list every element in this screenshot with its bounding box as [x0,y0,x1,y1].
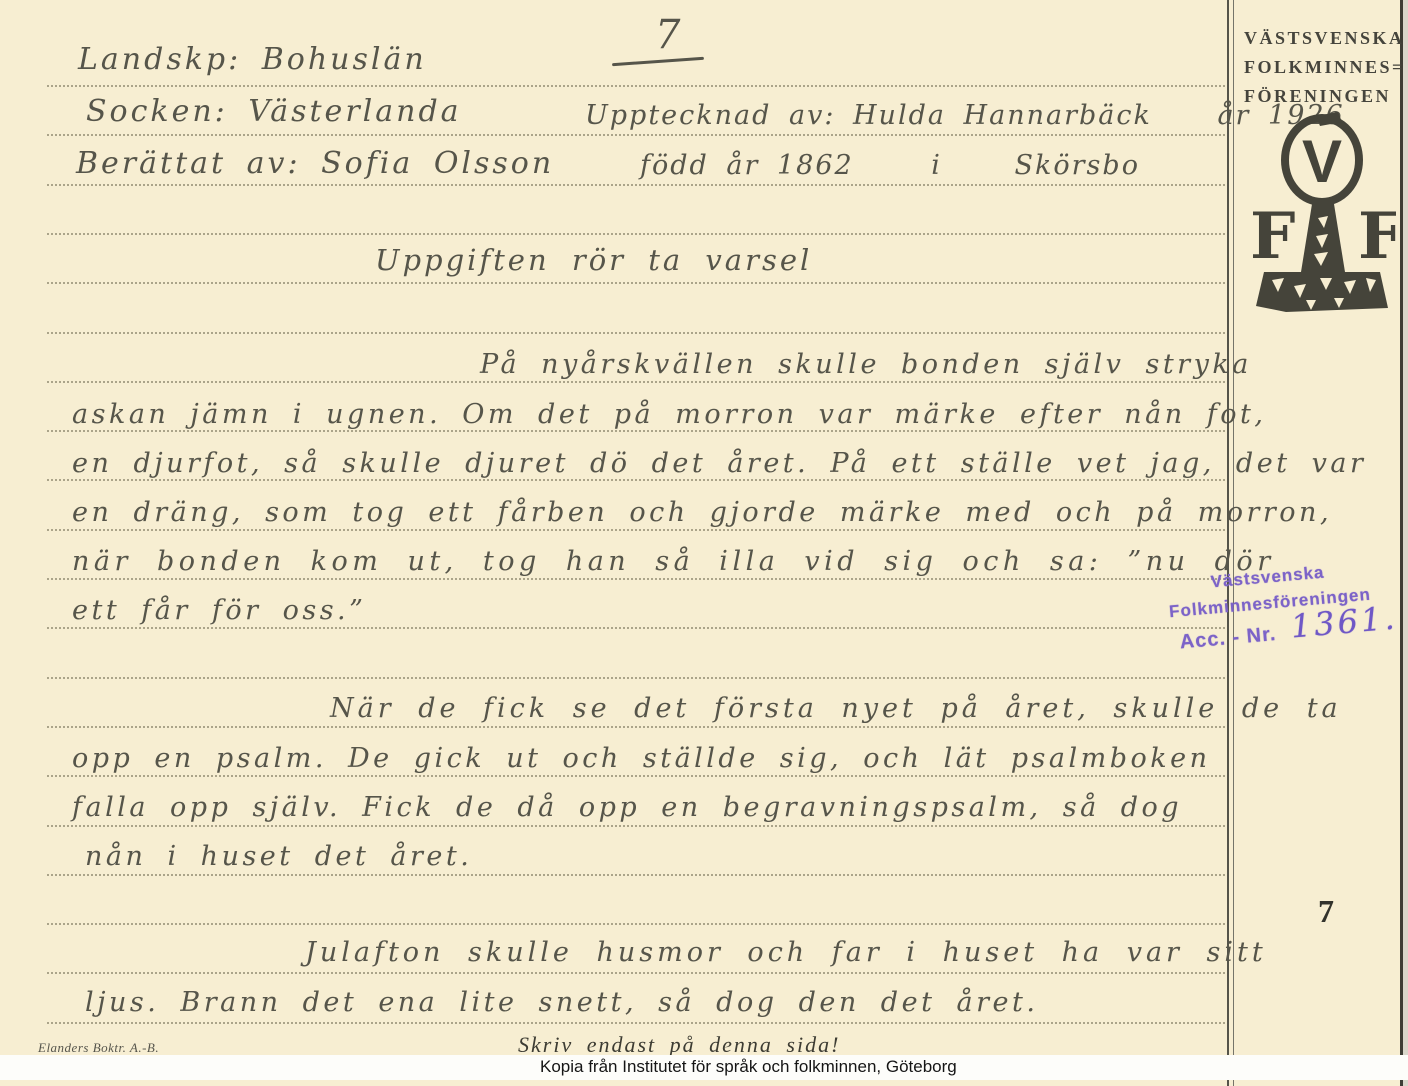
story-title: Uppgiften rör ta varsel [375,243,812,277]
birth-year: född år 1862 [640,150,854,181]
ruled-line [47,529,1225,531]
upptecknad-av-text: Upptecknad av: Hulda Hannarbäck [585,100,1152,131]
ruled-line [47,381,1225,383]
ruled-line [47,233,1225,235]
upptecknad-av-field: Upptecknad av: Hulda Hannarbäck år 1926 [585,100,1345,131]
accession-stamp: Västsvenska Folkminnesföreningen Acc. - … [1158,555,1408,676]
berattat-av-field: Berättat av: Sofia Olsson [76,146,554,181]
ruled-line [47,972,1225,974]
birthplace: Skörsbo [1015,150,1140,181]
story-line: På nyårskvällen skulle bonden själv stry… [480,349,1252,380]
printer-imprint: Elanders Boktr. A.-B. [38,1040,159,1056]
stamp-acc-nr-label: Acc. - Nr. [1179,623,1277,654]
archive-copy-note: Kopia från Institutet för språk och folk… [540,1057,957,1077]
fodd-field: född år 1862 i Skörsbo [640,150,1140,181]
scan-edge [1403,0,1408,1086]
ruled-line [47,775,1225,777]
ruled-line [47,332,1225,334]
story-line: en dräng, som tog ett fårben och gjorde … [72,497,1332,528]
ruled-line [47,578,1225,580]
ruled-line [47,923,1225,925]
ruled-line [47,184,1225,186]
org-name-line: FOLKMINNES= [1244,57,1405,78]
story-line: en djurfot, så skulle djuret dö det året… [72,448,1366,479]
ruled-line [47,479,1225,481]
birth-in: i [931,150,942,181]
socken-field: Socken: Västerlanda [86,94,462,129]
printed-page-number: 7 [1318,893,1334,930]
margin-divider-line [1227,0,1229,1086]
ruled-line [47,825,1225,827]
ruled-line [47,627,1225,629]
ruled-line [47,134,1225,136]
ruled-line [47,430,1225,432]
ruled-line [47,1022,1225,1024]
story-line: ljus. Brann det ena lite snett, så dog d… [85,987,1038,1018]
ruled-line [47,874,1225,876]
org-name-line: FÖRENINGEN [1244,86,1391,107]
handwritten-page-number: 7 [655,12,680,58]
story-line: falla opp själv. Fick de då opp en begra… [72,792,1182,823]
story-line: när bonden kom ut, tog han så illa vid s… [72,546,1275,577]
story-line: askan jämn i ugnen. Om det på morron var… [72,399,1266,430]
margin-divider-line-thin [1233,0,1234,1086]
logo-letter-v: V [1302,128,1342,195]
ruled-line [47,726,1225,728]
page-number-underline [612,57,704,66]
vff-logo: V F [1246,108,1396,318]
accession-number: 1361. [1289,598,1399,645]
logo-letter-f-left: F [1250,199,1295,274]
landskap-field: Landskp: Bohuslän [78,42,427,77]
story-line: När de fick se det första nyet på året, … [330,693,1342,724]
thor-hammer-icon: V F [1246,108,1396,318]
story-line: ett får för oss.” [72,595,366,626]
document-page: 7 Landskp: Bohuslän Socken: Västerlanda … [0,0,1408,1086]
logo-letter-f-right: F [1358,199,1396,274]
ruled-line [47,85,1225,87]
ruled-line [47,677,1225,679]
story-line: Julafton skulle husmor och far i huset h… [305,937,1267,968]
ruled-line [47,282,1225,284]
story-line: nån i huset det året. [85,841,472,872]
story-line: opp en psalm. De gick ut och ställde sig… [72,743,1210,774]
org-name-line: VÄSTSVENSKA [1244,28,1405,49]
